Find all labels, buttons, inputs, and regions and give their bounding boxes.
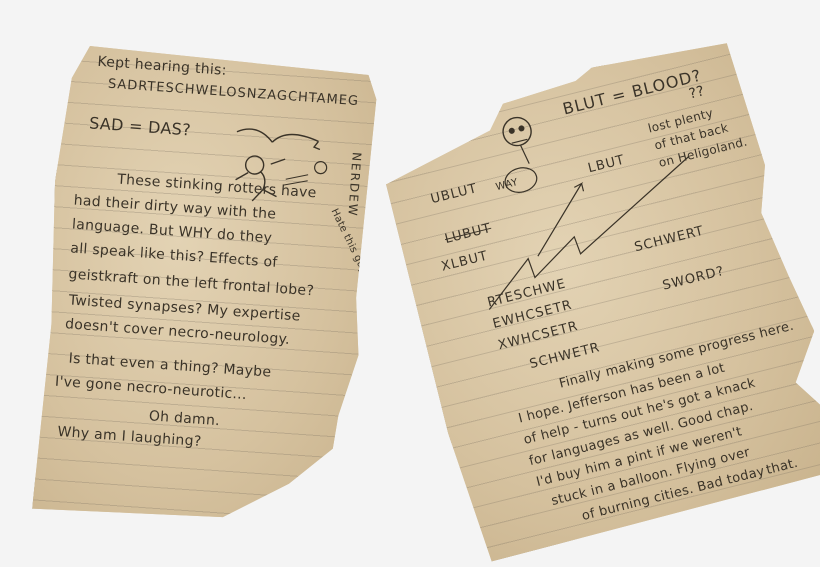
left-handwritten-note: Kept hearing this: SADRTESCHWELOSNZAGCHT… <box>32 39 382 535</box>
anagram-line: SCHWETR <box>528 340 602 372</box>
note-line: Why am I laughing? <box>57 424 202 450</box>
paragraph-line: that. <box>765 456 800 478</box>
blut-equation: BLUT = BLOOD? <box>561 66 704 119</box>
winged-creature-icon <box>222 117 338 214</box>
sad-equation: SAD = DAS? <box>89 113 192 139</box>
right-handwritten-note: BLUT = BLOOD? ?? WAY UBLUT LUBUT XLBUT L… <box>371 31 820 564</box>
note-line: all speak like this? Effects of <box>70 240 278 270</box>
note-line: Oh damn. <box>148 408 220 429</box>
nerdew-vertical: NERDEW <box>345 152 364 218</box>
note-header: Kept hearing this: <box>97 54 227 79</box>
note-line: I've gone necro-neurotic... <box>55 374 248 403</box>
question-marks: ?? <box>687 83 706 102</box>
heard-code: SADRTESCHWELOSNZAGCHTAMEG <box>107 77 359 110</box>
